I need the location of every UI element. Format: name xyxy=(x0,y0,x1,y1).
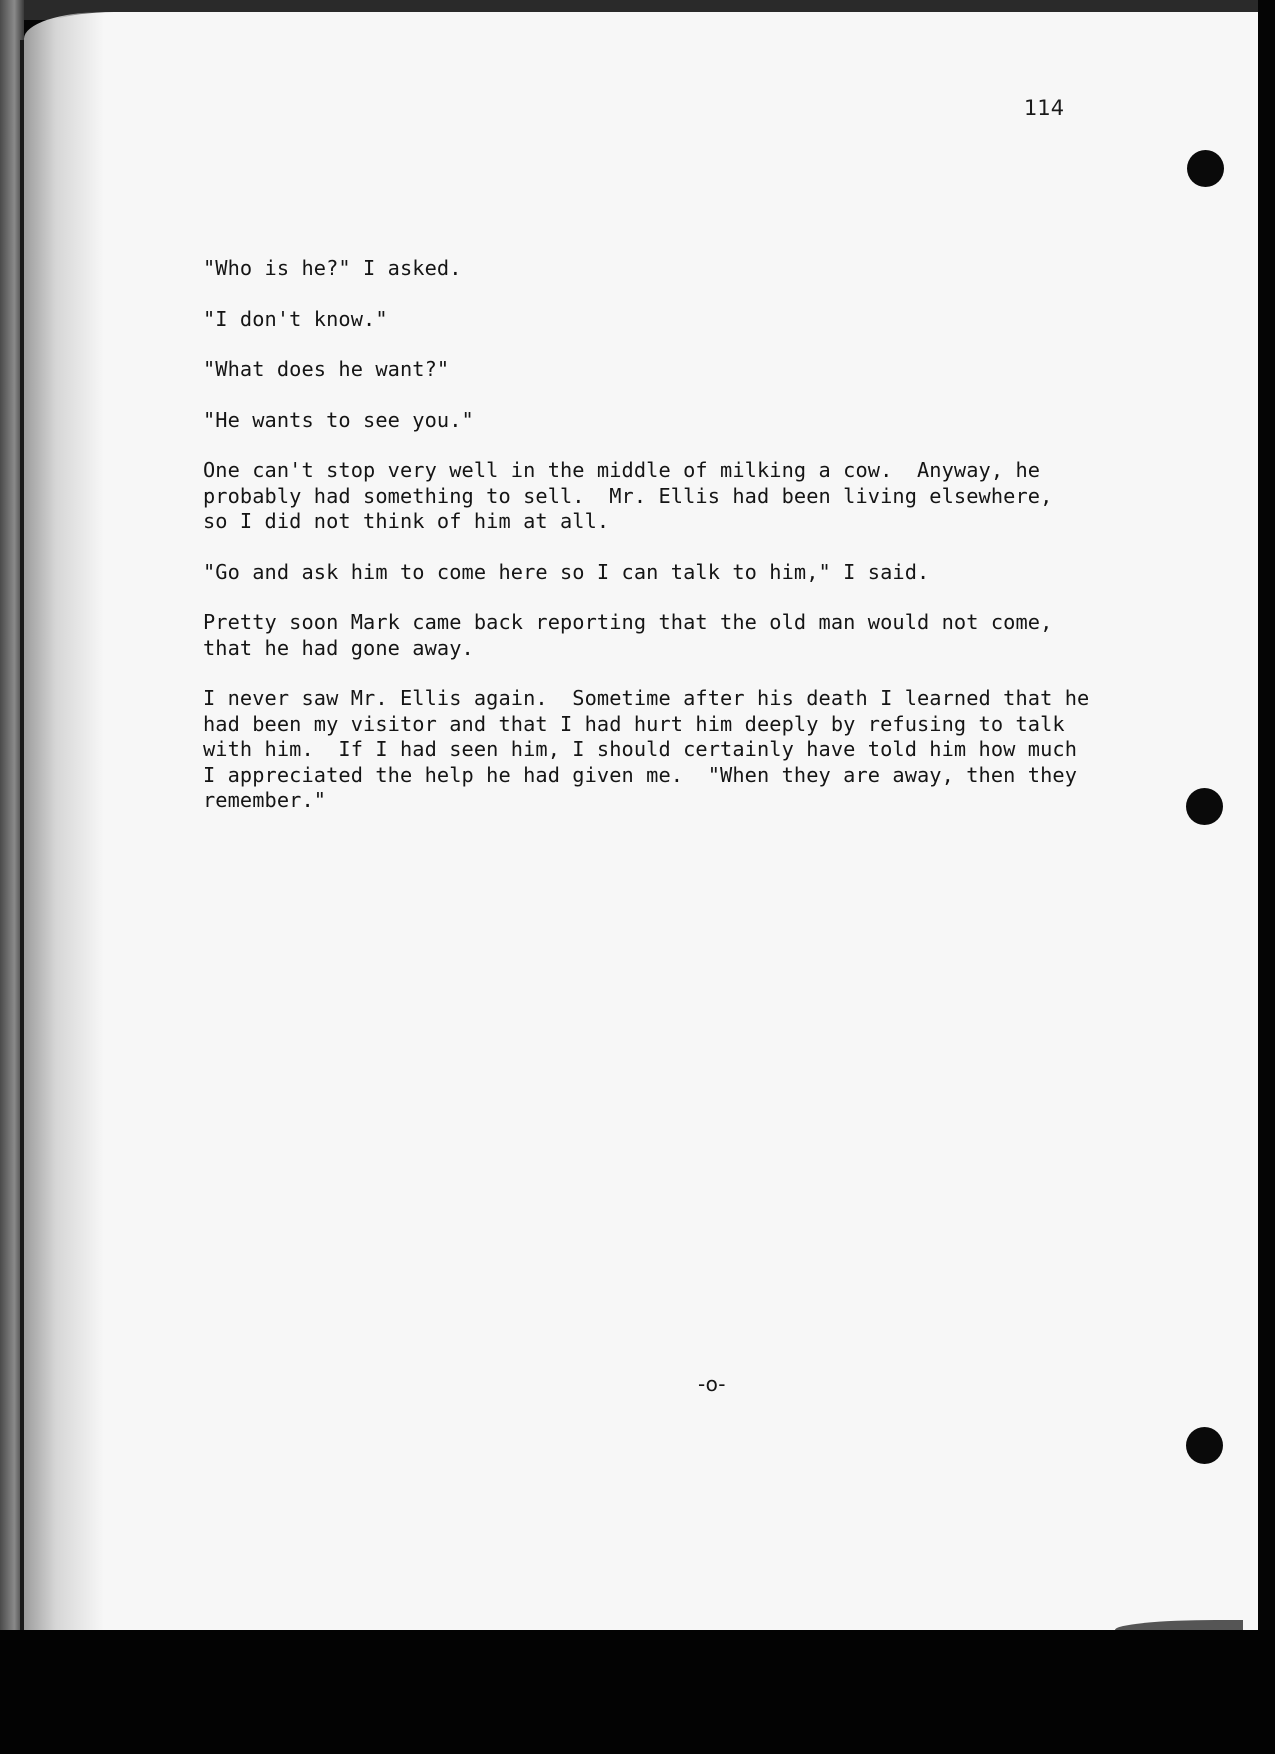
page-shadow xyxy=(24,12,104,1630)
text-line: that he had gone away. xyxy=(203,636,1203,662)
text-line: I appreciated the help he had given me. … xyxy=(203,763,1203,789)
text-line: "Go and ask him to come here so I can ta… xyxy=(203,560,1203,586)
paragraph: "Who is he?" I asked. xyxy=(203,256,1203,282)
end-mark: -o- xyxy=(698,1372,725,1396)
page-number: 114 xyxy=(1024,96,1064,120)
document-body: "Who is he?" I asked."I don't know.""Wha… xyxy=(203,256,1203,839)
paragraph: "Go and ask him to come here so I can ta… xyxy=(203,560,1203,586)
paragraph: I never saw Mr. Ellis again. Sometime af… xyxy=(203,686,1203,814)
paragraph: "I don't know." xyxy=(203,307,1203,333)
text-line: "I don't know." xyxy=(203,307,1203,333)
text-line: probably had something to sell. Mr. Elli… xyxy=(203,484,1203,510)
text-line: Pretty soon Mark came back reporting tha… xyxy=(203,610,1203,636)
binding-edge-line xyxy=(20,40,24,1630)
text-line: had been my visitor and that I had hurt … xyxy=(203,712,1203,738)
binder-hole-icon xyxy=(1187,150,1224,187)
paragraph: One can't stop very well in the middle o… xyxy=(203,458,1203,535)
text-line: "What does he want?" xyxy=(203,357,1203,383)
paragraph: "What does he want?" xyxy=(203,357,1203,383)
text-line: with him. If I had seen him, I should ce… xyxy=(203,737,1203,763)
scan-background-right xyxy=(1258,0,1275,1754)
text-line: so I did not think of him at all. xyxy=(203,509,1203,535)
paragraph: Pretty soon Mark came back reporting tha… xyxy=(203,610,1203,661)
binder-hole-icon xyxy=(1186,1427,1223,1464)
text-line: "He wants to see you." xyxy=(203,408,1203,434)
text-line: remember." xyxy=(203,788,1203,814)
text-line: One can't stop very well in the middle o… xyxy=(203,458,1203,484)
text-line: "Who is he?" I asked. xyxy=(203,256,1203,282)
text-line: I never saw Mr. Ellis again. Sometime af… xyxy=(203,686,1203,712)
paragraph: "He wants to see you." xyxy=(203,408,1203,434)
scan-background-bottom xyxy=(0,1630,1275,1754)
